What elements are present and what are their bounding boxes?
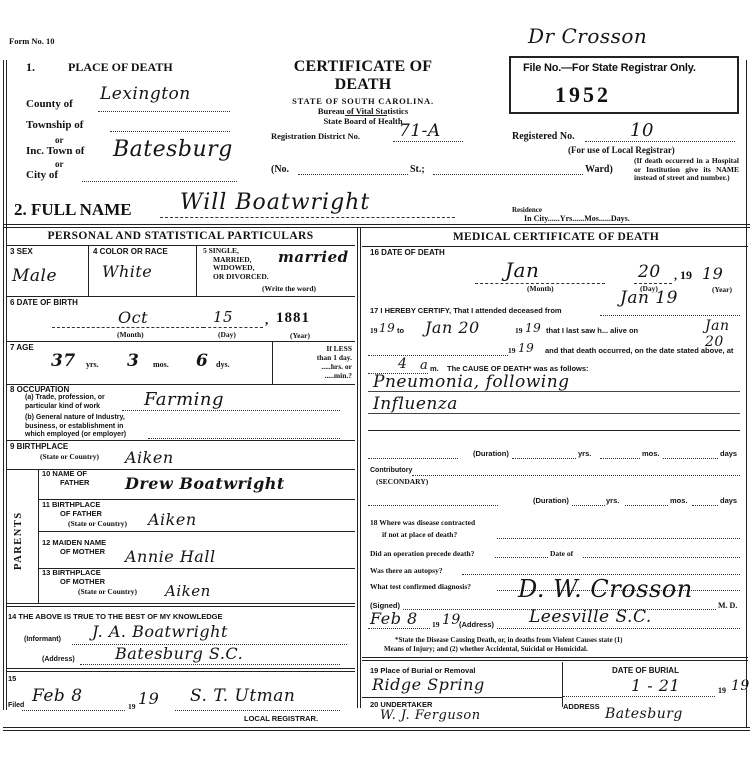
birthplace-label: 9 BIRTHPLACE xyxy=(10,442,68,451)
contracted-label-1: 18 Where was disease contracted xyxy=(370,518,475,527)
burial-divider xyxy=(562,662,563,707)
date-of-death-label: 16 DATE OF DEATH xyxy=(370,248,445,257)
age-months-label: mos. xyxy=(153,360,169,369)
filed-date-value: Feb 8 xyxy=(32,686,83,706)
undertaker-value: W. J. Ferguson xyxy=(380,708,481,723)
age-days-value: 6 xyxy=(196,351,208,371)
or-label-2: or xyxy=(55,159,64,169)
filed-year-suffix[interactable]: 19 xyxy=(138,689,159,708)
township-label: Township of xyxy=(26,119,83,131)
row-rule-10 xyxy=(7,668,355,672)
age-years-value: 37 xyxy=(51,351,76,371)
file-number-label: File No.—For State Registrar Only. xyxy=(523,62,696,74)
full-name-field[interactable]: Will Boatwright xyxy=(160,194,455,218)
mother-name-label-2: OF MOTHER xyxy=(42,548,106,557)
informant-address-value: Batesburg S.C. xyxy=(115,644,243,663)
marital-label: 5 SINGLE, MARRIED, WIDOWED, OR DIVORCED. xyxy=(203,247,269,281)
parents-label: PARENTS xyxy=(13,511,24,570)
sign-address-field[interactable]: Leesville S.C. xyxy=(497,619,740,629)
duration-1-days-label: days xyxy=(720,449,737,458)
death-occurred-label: and that death occurred, on the date sta… xyxy=(545,346,733,355)
occupation-a-field[interactable]: Farming xyxy=(122,400,340,411)
mother-name-label: 12 MAIDEN NAME OF MOTHER xyxy=(42,539,106,556)
burial-place-label: 19 Place of Burial or Removal xyxy=(370,666,475,675)
cause-line-1-value: Pneumonia, following xyxy=(373,372,570,392)
burial-year-suffix[interactable]: 19 xyxy=(731,678,750,694)
operation-date-label: Date of xyxy=(550,549,573,558)
contributory-label: Contributory xyxy=(370,467,412,474)
street-number-label: (No. xyxy=(271,164,289,175)
marital-note: (Write the word) xyxy=(262,284,316,293)
attended-to-value: Jan 20 xyxy=(425,318,480,337)
informant-address-label: (Address) xyxy=(42,656,75,663)
personal-heading-rule xyxy=(7,245,355,246)
state-name: STATE OF SOUTH CAROLINA. xyxy=(268,96,458,106)
informant-value: J. A. Boatwright xyxy=(92,622,228,641)
city-label: City of xyxy=(26,169,58,181)
residence-fields: In City......Yrs......Mos......Days. xyxy=(524,214,630,223)
undertaker-address-label: ADDRESS xyxy=(563,702,600,711)
occupation-label: 8 OCCUPATION xyxy=(10,385,69,394)
undertaker-field[interactable]: W. J. Ferguson xyxy=(372,712,562,726)
row-rule-4 xyxy=(7,440,355,441)
father-birthplace-label: 11 BIRTHPLACE OF FATHER xyxy=(42,501,102,518)
certify-label: 17 I HEREBY CERTIFY, That I attended dec… xyxy=(370,306,562,315)
local-registrar-note: (For use of Local Registrar) xyxy=(568,145,675,155)
death-day-value: 20 xyxy=(638,262,661,282)
sex-label: 3 SEX xyxy=(10,247,33,256)
burial-date-field[interactable]: 1 - 21 xyxy=(563,688,715,697)
occupation-b-line-3: which employed (or employer) xyxy=(25,431,126,440)
town-value: Batesburg xyxy=(113,137,233,162)
dob-day-caption: (Day) xyxy=(218,330,236,339)
autopsy-label: Was there an autopsy? xyxy=(370,566,443,575)
registration-district-label: Registration District No. xyxy=(271,131,360,141)
duration-1-months-field[interactable] xyxy=(600,449,640,459)
sign-date-value: Feb 8 xyxy=(370,609,418,628)
father-birthplace-sub: (State or Country) xyxy=(68,519,127,528)
duration-2-years-label: yrs. xyxy=(606,496,619,505)
birthplace-field[interactable]: Aiken xyxy=(125,448,325,470)
hospital-note: (If death occurred in a Hospital or Inst… xyxy=(634,157,739,183)
cause-line-2-value: Influenza xyxy=(373,394,458,414)
father-birthplace-field[interactable]: Aiken xyxy=(148,510,348,530)
death-month-caption: (Month) xyxy=(527,284,554,293)
certificate-title: CERTIFICATE OF DEATH xyxy=(268,58,458,94)
duration-2-days-field[interactable] xyxy=(692,496,718,506)
mother-birthplace-value: Aiken xyxy=(165,582,211,600)
county-label: County of xyxy=(26,98,73,110)
or-label-1: or xyxy=(55,135,64,145)
dob-day-value: 15 xyxy=(213,308,233,326)
occupation-b-line-1: (b) General nature of Industry, xyxy=(25,414,126,423)
registered-no-label: Registered No. xyxy=(512,131,575,142)
name-section-rule xyxy=(3,224,750,228)
dob-month-field[interactable]: Oct xyxy=(52,308,204,328)
mother-name-field[interactable]: Annie Hall xyxy=(125,547,350,567)
death-month-field[interactable]: Jan xyxy=(475,262,605,284)
death-year-prefix-text: 19 xyxy=(680,268,692,282)
dob-comma: , xyxy=(265,312,268,328)
death-year-suffix[interactable]: 19 xyxy=(702,264,723,283)
burial-place-field[interactable]: Ridge Spring xyxy=(372,675,562,697)
signature-value: D. W. Crosson xyxy=(518,575,693,603)
street-number-field[interactable] xyxy=(298,164,408,175)
age-months-value: 3 xyxy=(127,351,139,371)
age-days-label: dys. xyxy=(216,360,230,369)
duration-2-years-field[interactable] xyxy=(572,496,605,506)
row-rule-7 xyxy=(39,531,355,532)
race-value: White xyxy=(102,262,152,281)
bottom-rule xyxy=(3,727,750,731)
duration-1-months-label: mos. xyxy=(642,449,660,458)
informant-label: (Informant) xyxy=(24,636,61,643)
undertaker-address-field[interactable]: Batesburg xyxy=(595,712,735,726)
operation-field[interactable] xyxy=(495,549,548,558)
residence-label: Residence xyxy=(512,206,542,214)
informant-heading: 14 THE ABOVE IS TRUE TO THE BEST OF MY K… xyxy=(8,612,222,621)
dob-month-caption: (Month) xyxy=(117,330,144,339)
burial-date-label: DATE OF BURIAL xyxy=(612,666,679,675)
town-label: Inc. Town of xyxy=(26,145,84,157)
contracted-field[interactable] xyxy=(497,530,740,539)
town-field[interactable]: Batesburg xyxy=(113,137,273,157)
race-marital-divider xyxy=(196,246,197,296)
cause-line-2-field[interactable]: Influenza xyxy=(368,392,740,414)
mother-birthplace-field[interactable]: Aiken xyxy=(165,582,345,602)
undertaker-address-value: Batesburg xyxy=(605,706,683,722)
registrar-field[interactable]: S. T. Utman xyxy=(175,702,340,711)
cause-line-1-field[interactable]: Pneumonia, following xyxy=(368,370,740,392)
age-fields[interactable]: 37 yrs. 3 mos. 6 dys. xyxy=(48,355,273,371)
left-border xyxy=(3,60,7,710)
marital-value: married xyxy=(278,248,349,266)
row-rule-1 xyxy=(7,296,355,297)
mother-name-value: Annie Hall xyxy=(125,547,216,566)
township-field[interactable] xyxy=(110,119,230,132)
dob-month-value: Oct xyxy=(118,308,148,327)
filed-section-number: 15 xyxy=(8,674,16,683)
column-divider xyxy=(357,228,361,708)
occupation-b-label: (b) General nature of Industry, business… xyxy=(25,414,126,440)
top-annotation: Dr Crosson xyxy=(528,24,647,48)
md-label: M. D. xyxy=(718,601,737,610)
contributory-field[interactable] xyxy=(412,467,740,476)
attended-from-value: Jan 19 xyxy=(620,288,678,308)
mother-birthplace-label-2: OF MOTHER xyxy=(42,578,105,587)
race-label: 4 COLOR OR RACE xyxy=(93,247,168,256)
row-rule-9 xyxy=(7,603,355,607)
death-month-value: Jan xyxy=(505,258,539,282)
filed-date-field[interactable]: Feb 8 xyxy=(22,702,125,711)
duration-1-days-field[interactable] xyxy=(663,449,718,459)
street-label: St.; xyxy=(410,164,425,175)
certify-line-3: 19 19 and that death occurred, on the da… xyxy=(370,346,742,358)
place-of-death-heading: PLACE OF DEATH xyxy=(68,60,173,75)
marital-label-divorced: OR DIVORCED. xyxy=(203,273,269,282)
age-divider xyxy=(272,342,273,384)
from-year-suffix: 19 xyxy=(379,321,395,335)
ward-label: Ward) xyxy=(585,164,613,175)
operation-label: Did an operation precede death? xyxy=(370,549,474,558)
to-year-suffix: 19 xyxy=(525,321,541,335)
attended-from-field[interactable]: Jan 19 xyxy=(600,306,740,316)
title-rule xyxy=(345,115,387,116)
filed-year-prefix: 19 xyxy=(128,702,136,711)
occupation-b-field[interactable] xyxy=(148,430,340,439)
right-border xyxy=(746,60,747,728)
duration-1-label: (Duration) xyxy=(473,449,509,458)
duration-2-months-label: mos. xyxy=(670,496,688,505)
footnote-line-1: *State the Disease Causing Death, or, in… xyxy=(395,636,623,644)
cause-line-3 xyxy=(368,430,740,431)
occupation-a-line-2: particular kind of work xyxy=(25,403,105,412)
mother-birthplace-sub: (State or Country) xyxy=(78,587,137,596)
father-name-label: 10 NAME OF FATHER xyxy=(42,470,89,487)
medical-heading-rule xyxy=(362,246,748,247)
informant-address-field[interactable]: Batesburg S.C. xyxy=(80,656,340,665)
duration-2-label: (Duration) xyxy=(533,496,569,505)
county-field[interactable]: Lexington xyxy=(98,98,230,112)
duration-1-years-field[interactable] xyxy=(512,449,576,459)
burial-section-rule xyxy=(362,657,748,661)
burial-date-value: 1 - 21 xyxy=(631,676,680,695)
duration-2-months-field[interactable] xyxy=(625,496,668,506)
burial-year-prefix: 19 xyxy=(718,686,726,695)
mother-birthplace-label: 13 BIRTHPLACE OF MOTHER xyxy=(42,569,105,586)
registered-no-field[interactable]: 10 xyxy=(585,131,735,142)
burial-place-rule xyxy=(362,697,562,698)
duration-2-field[interactable] xyxy=(368,496,498,506)
birthplace-value: Aiken xyxy=(125,448,174,467)
contracted-label-2: if not at place of death? xyxy=(382,530,457,539)
less-label-4: .....min.? xyxy=(282,371,352,380)
death-year-caption: (Year) xyxy=(712,285,732,294)
sign-address-value: Leesville S.C. xyxy=(529,607,652,627)
from-year-prefix: 19 xyxy=(370,326,378,335)
row-rule-2 xyxy=(7,341,355,342)
father-name-label-2: FATHER xyxy=(42,479,89,488)
last-saw-year-suffix: 19 xyxy=(518,341,534,355)
sign-year-suffix[interactable]: 19 xyxy=(442,612,461,628)
dob-year-value[interactable]: 1881 xyxy=(276,310,310,327)
ward-field[interactable] xyxy=(433,164,583,175)
autopsy-field[interactable] xyxy=(462,566,740,575)
occupation-a-line-1: (a) Trade, profession, or xyxy=(25,394,105,403)
file-number-box: File No.—For State Registrar Only. 1952 xyxy=(509,56,739,114)
duration-1-years-label: yrs. xyxy=(578,449,591,458)
registered-no-value: 10 xyxy=(630,120,654,141)
sign-date-field[interactable]: Feb 8 xyxy=(368,619,430,629)
certify-line-2: 19 19 to Jan 20 19 19 that I last saw h.… xyxy=(370,326,742,338)
registration-district-field[interactable]: 71-A xyxy=(393,131,463,142)
race-field[interactable]: White xyxy=(92,260,192,290)
burial-place-value: Ridge Spring xyxy=(372,675,485,694)
occupation-a-value: Farming xyxy=(144,389,224,410)
father-birthplace-value: Aiken xyxy=(148,510,197,529)
sex-race-divider xyxy=(88,246,89,296)
form-number: Form No. 10 xyxy=(9,36,55,46)
duration-2-days-label: days xyxy=(720,496,737,505)
sex-field[interactable]: Male xyxy=(8,260,84,290)
occupation-a-label: (a) Trade, profession, or particular kin… xyxy=(25,394,105,411)
less-label-3: .....hrs. or xyxy=(282,362,352,371)
registration-district-value: 71-A xyxy=(399,121,441,141)
to-year-prefix: 19 xyxy=(515,326,523,335)
birthplace-sub: (State or Country) xyxy=(40,452,99,461)
county-value: Lexington xyxy=(100,84,191,104)
dob-year-caption: (Year) xyxy=(290,331,310,340)
duration-1-field[interactable] xyxy=(368,449,458,459)
less-label-1: If LESS xyxy=(282,344,352,353)
last-saw-label: that I last saw h... alive on xyxy=(546,326,638,335)
father-birthplace-label-2: OF FATHER xyxy=(42,510,102,519)
footnote-line-2: Means of Injury; and (2) whether Acciden… xyxy=(384,645,588,653)
place-of-death-number: 1. xyxy=(26,60,35,75)
file-number-value: 1952 xyxy=(555,82,611,108)
father-name-value: Drew Boatwright xyxy=(125,474,285,493)
age-years-label: yrs. xyxy=(86,360,99,369)
sign-address-label: (Address) xyxy=(459,620,494,629)
to-label: to xyxy=(397,326,404,335)
full-name-label: 2. FULL NAME xyxy=(14,200,132,220)
marital-field[interactable]: married xyxy=(278,248,356,266)
age-less-than-day: If LESS than 1 day. .....hrs. or .....mi… xyxy=(282,344,352,380)
local-registrar-label: LOCAL REGISTRAR. xyxy=(244,714,318,723)
registrar-value: S. T. Utman xyxy=(190,686,295,706)
medical-heading: MEDICAL CERTIFICATE OF DEATH xyxy=(362,231,750,243)
dob-day-field[interactable]: 15 xyxy=(203,308,263,328)
full-name-value: Will Boatwright xyxy=(180,190,370,215)
occupation-b-line-2: business, or establishment in xyxy=(25,423,126,432)
last-saw-year-prefix: 19 xyxy=(508,346,516,355)
less-label-2: than 1 day. xyxy=(282,353,352,362)
operation-date-field[interactable] xyxy=(583,549,740,558)
city-field[interactable] xyxy=(82,169,237,182)
dob-label: 6 DATE OF BIRTH xyxy=(10,298,78,307)
death-year-prefix: , 19 xyxy=(674,268,692,283)
sex-value: Male xyxy=(12,266,57,286)
parents-divider xyxy=(38,470,39,603)
test-label: What test confirmed diagnosis? xyxy=(370,582,471,591)
death-day-field[interactable]: 20 xyxy=(634,262,672,284)
contributory-sub: (SECONDARY) xyxy=(376,477,428,486)
father-name-field[interactable]: Drew Boatwright xyxy=(125,474,350,498)
age-label: 7 AGE xyxy=(10,343,34,352)
personal-heading: PERSONAL AND STATISTICAL PARTICULARS xyxy=(8,230,353,242)
sign-year-prefix: 19 xyxy=(432,620,440,629)
